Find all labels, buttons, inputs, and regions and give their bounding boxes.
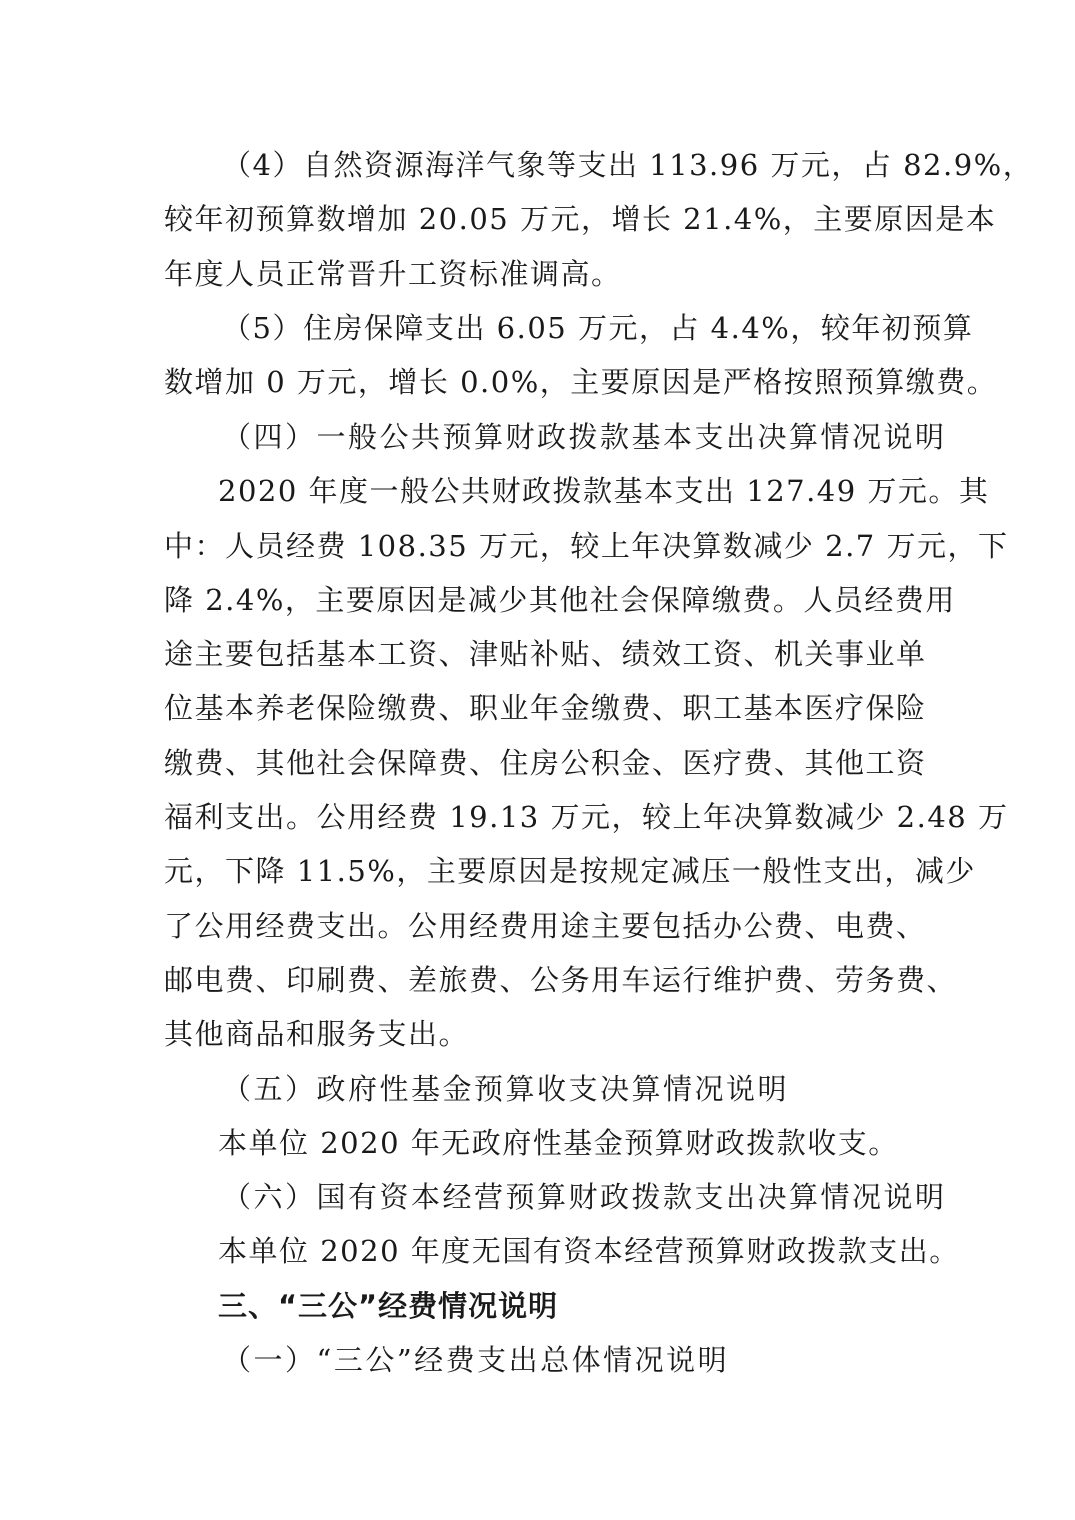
paragraph-line: 位基本养老保险缴费、职业年金缴费、职工基本医疗保险 <box>164 690 927 726</box>
paragraph-line: 年度人员正常晋升工资标准调高。 <box>164 256 622 292</box>
section-heading-three-public-overall: （一）“三公”经费支出总体情况说明 <box>222 1342 729 1378</box>
paragraph-line: 降 2.4%，主要原因是减少其他社会保障缴费。人员经费用 <box>164 582 956 618</box>
paragraph-line: 较年初预算数增加 20.05 万元，增长 21.4%，主要原因是本 <box>164 201 996 237</box>
paragraph-line: 福利支出。公用经费 19.13 万元，较上年决算数减少 2.48 万 <box>164 799 1008 835</box>
section-heading-government-fund: （五）政府性基金预算收支决算情况说明 <box>222 1071 789 1107</box>
paragraph-line-natural-resources: （4）自然资源海洋气象等支出 113.96 万元，占 82.9%， <box>222 147 1033 183</box>
paragraph-line: 邮电费、印刷费、差旅费、公务用车运行维护费、劳务费、 <box>164 962 957 998</box>
paragraph-line: 了公用经费支出。公用经费用途主要包括办公费、电费、 <box>164 908 927 944</box>
paragraph-line: 数增加 0 万元，增长 0.0%，主要原因是严格按照预算缴费。 <box>164 364 997 400</box>
document-page: （4）自然资源海洋气象等支出 113.96 万元，占 82.9%， 较年初预算数… <box>0 0 1075 1520</box>
paragraph-line-basic-expenditure: 2020 年度一般公共财政拨款基本支出 127.49 万元。其 <box>218 473 989 509</box>
chapter-heading-three-public: 三、“三公”经费情况说明 <box>218 1288 558 1324</box>
section-heading-basic-expenditure: （四）一般公共预算财政拨款基本支出决算情况说明 <box>222 419 947 455</box>
paragraph-line: 元，下降 11.5%，主要原因是按规定减压一般性支出，减少 <box>164 853 976 889</box>
paragraph-line: 途主要包括基本工资、津贴补贴、绩效工资、机关事业单 <box>164 636 927 672</box>
paragraph-line-government-fund: 本单位 2020 年无政府性基金预算财政拨款收支。 <box>218 1125 899 1161</box>
paragraph-line: 缴费、其他社会保障费、住房公积金、医疗费、其他工资 <box>164 745 927 781</box>
paragraph-line-state-capital: 本单位 2020 年度无国有资本经营预算财政拨款支出。 <box>218 1233 960 1269</box>
section-heading-state-capital: （六）国有资本经营预算财政拨款支出决算情况说明 <box>222 1179 947 1215</box>
paragraph-line-housing: （5）住房保障支出 6.05 万元，占 4.4%，较年初预算 <box>222 310 973 346</box>
paragraph-line: 中：人员经费 108.35 万元，较上年决算数减少 2.7 万元，下 <box>164 528 1008 564</box>
paragraph-line: 其他商品和服务支出。 <box>164 1016 469 1052</box>
